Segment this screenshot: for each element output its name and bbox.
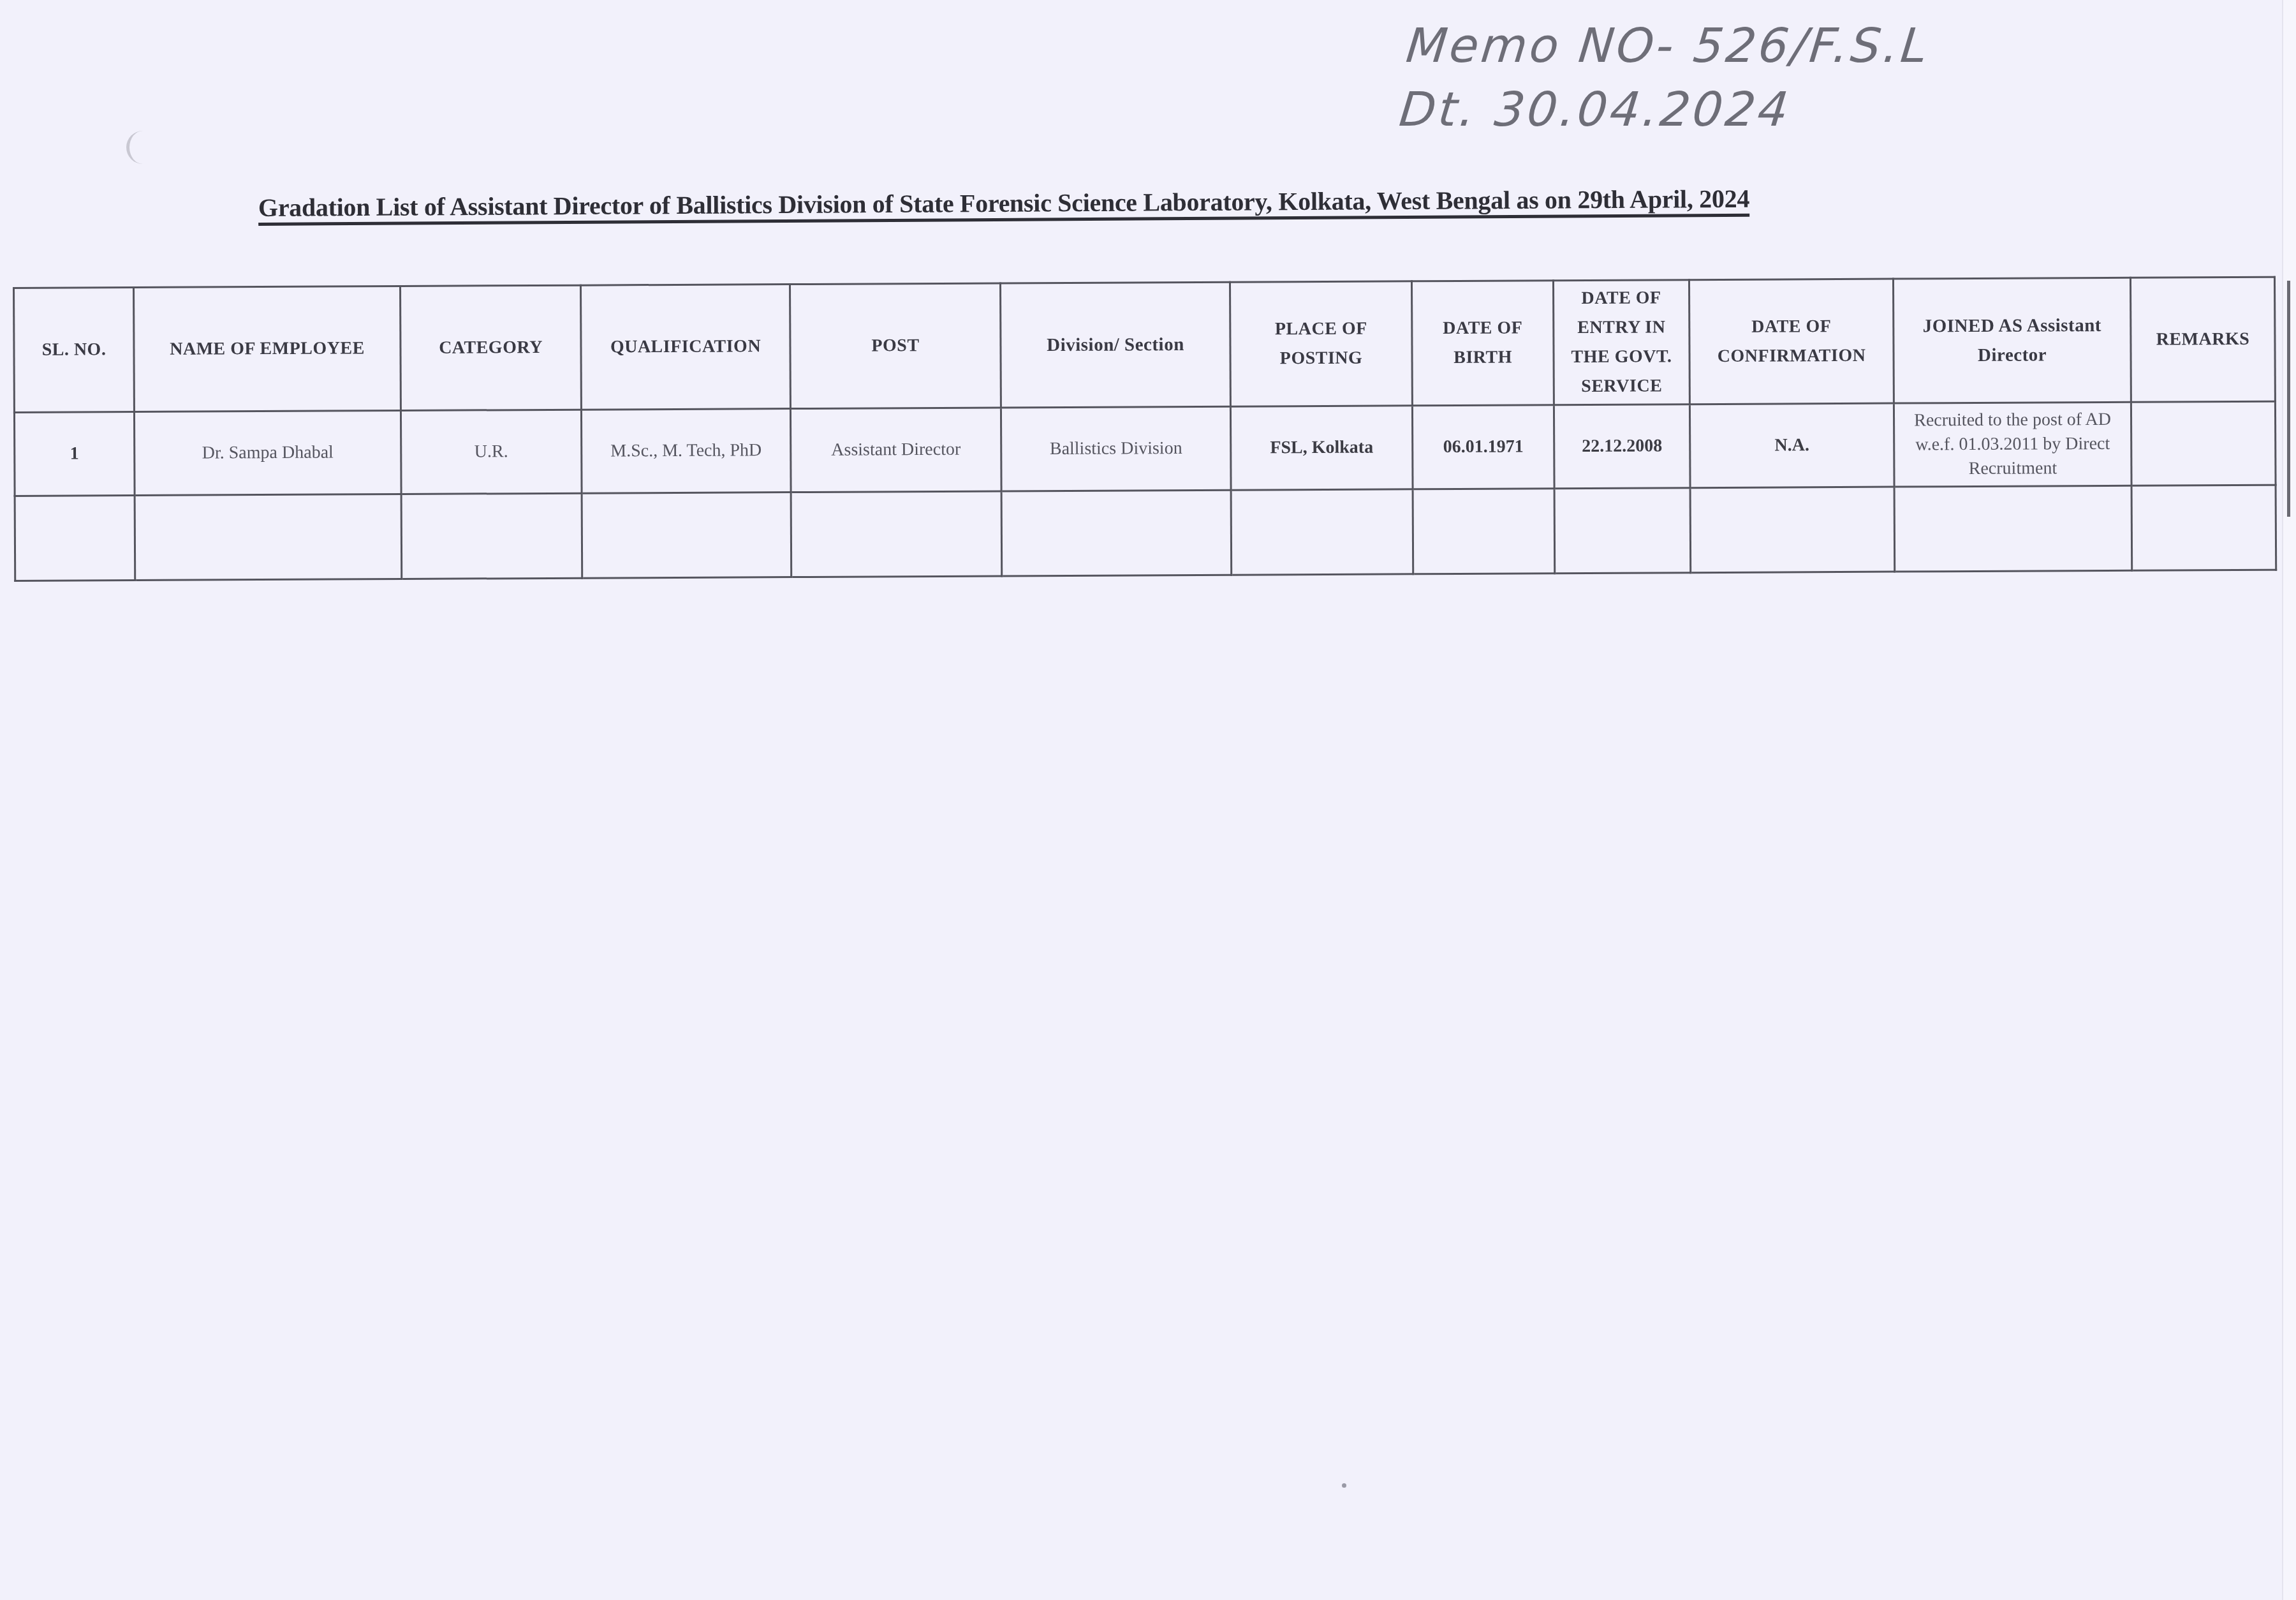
header-post: POST [790,283,1001,409]
cell-place-of-posting: FSL, Kolkata [1230,406,1413,490]
empty-cell [1894,485,2132,572]
cell-remarks [2131,401,2276,485]
cell-qualification: M.Sc., M. Tech, PhD [581,409,791,494]
header-division: Division/ Section [1000,282,1230,408]
scan-edge-bar [2287,281,2290,517]
empty-cell [1001,490,1232,576]
empty-cell [401,493,582,579]
memo-date: Dt. 30.04.2024 [1396,78,1926,142]
empty-cell [1690,487,1895,573]
empty-cell [791,491,1002,577]
header-sl-no: SL. NO. [14,288,135,413]
cell-post: Assistant Director [790,408,1001,493]
cell-date-of-entry: 22.12.2008 [1554,404,1690,489]
header-qualification: QUALIFICATION [580,285,790,410]
handwritten-memo: Memo NO- 526/F.S.L Dt. 30.04.2024 [1396,14,1933,142]
empty-cell [135,494,402,581]
cell-name: Dr. Sampa Dhabal [134,411,401,496]
table-row-empty [15,485,2276,581]
cell-sl-no: 1 [14,412,135,496]
scan-speck [1342,1483,1346,1488]
header-category: CATEGORY [401,285,582,410]
cell-category: U.R. [401,410,582,494]
cell-date-of-confirmation: N.A. [1689,403,1894,488]
empty-cell [1231,489,1413,575]
header-remarks: REMARKS [2130,277,2275,402]
empty-cell [1413,489,1555,574]
header-joined-as: JOINED AS Assistant Director [1893,278,2131,403]
empty-cell [15,496,135,581]
empty-cell [2131,485,2276,570]
empty-cell [1554,488,1691,574]
gradation-table-wrapper: SL. NO. NAME OF EMPLOYEE CATEGORY QUALIF… [13,276,2275,582]
page-edge [2282,0,2296,1600]
header-date-of-entry: DATE OF ENTRY IN THE GOVT. SERVICE [1553,280,1689,405]
punch-hole-mark [126,131,151,164]
memo-number: Memo NO- 526/F.S.L [1403,14,1933,78]
document-title: Gradation List of Assistant Director of … [258,184,1749,223]
gradation-table: SL. NO. NAME OF EMPLOYEE CATEGORY QUALIF… [13,276,2277,582]
header-place-of-posting: PLACE OF POSTING [1230,281,1412,406]
header-date-of-confirmation: DATE OF CONFIRMATION [1689,279,1894,404]
cell-division: Ballistics Division [1001,406,1231,491]
cell-joined-as: Recruited to the post of AD w.e.f. 01.03… [1894,402,2131,487]
header-name: NAME OF EMPLOYEE [134,286,401,412]
header-row: SL. NO. NAME OF EMPLOYEE CATEGORY QUALIF… [14,277,2276,412]
header-date-of-birth: DATE OF BIRTH [1411,281,1554,406]
cell-date-of-birth: 06.01.1971 [1412,405,1554,489]
table-row: 1 Dr. Sampa Dhabal U.R. M.Sc., M. Tech, … [14,401,2276,496]
empty-cell [582,493,791,579]
